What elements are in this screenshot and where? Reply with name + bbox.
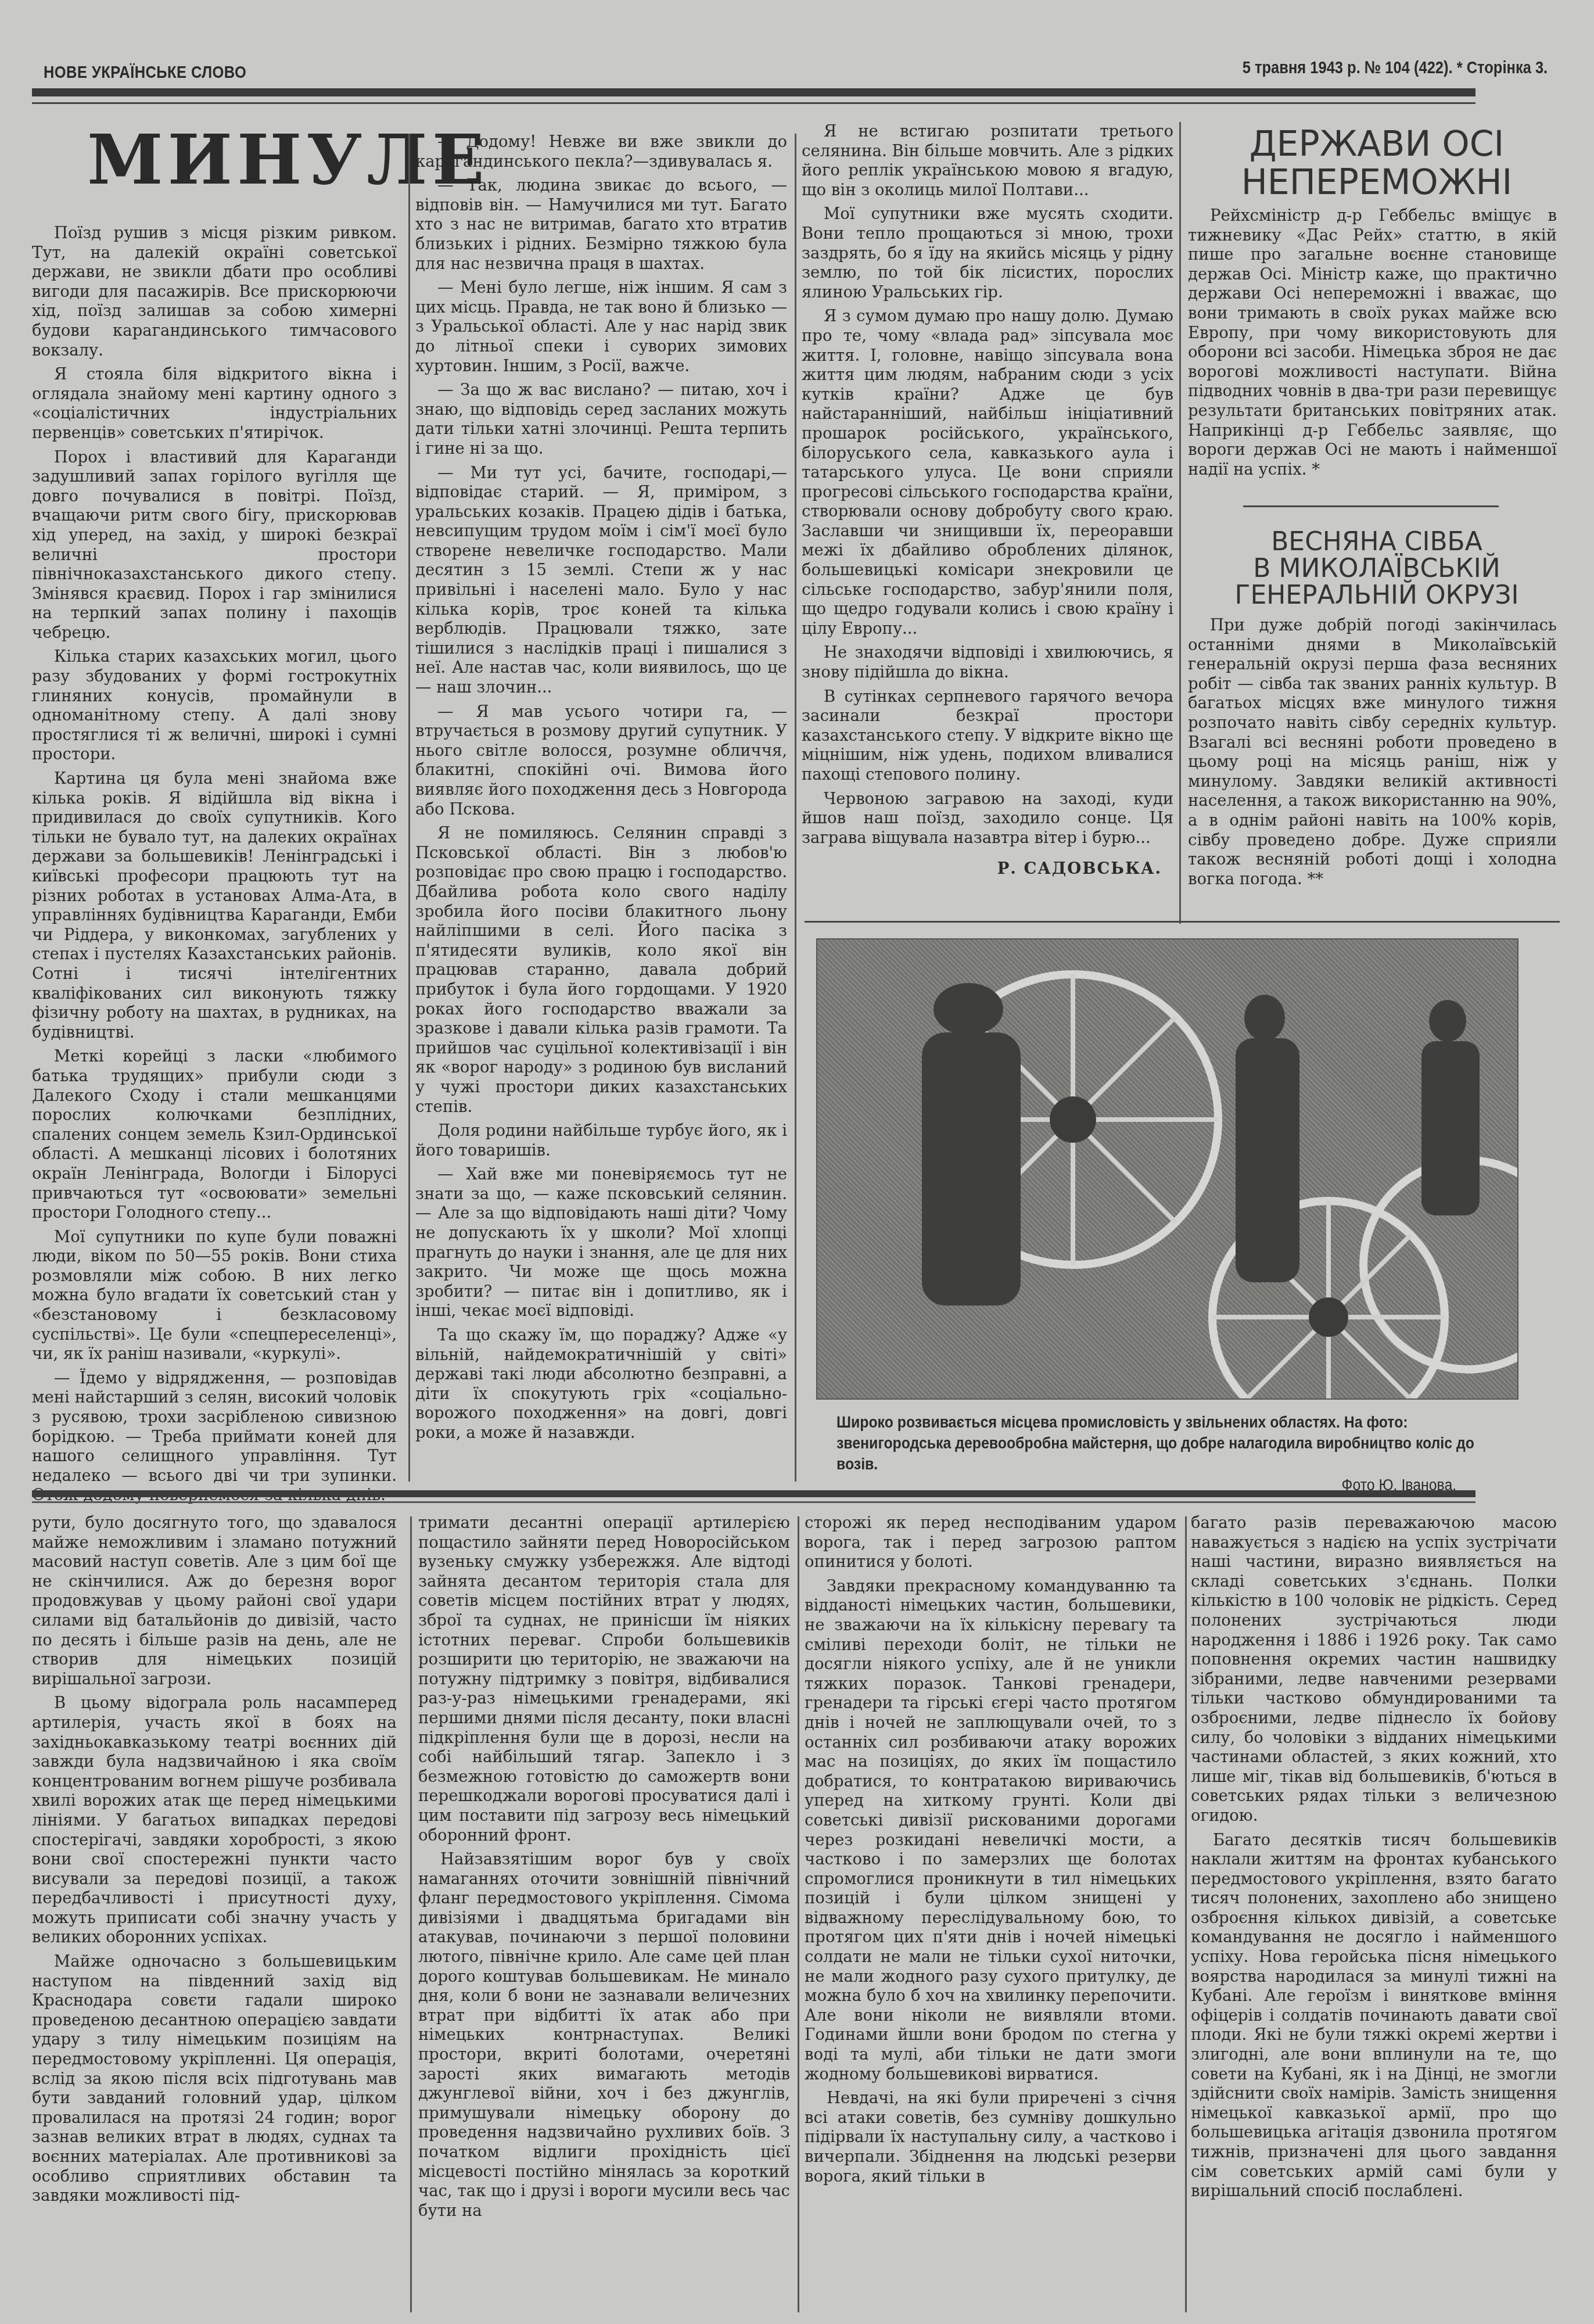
column-divider	[1179, 122, 1181, 924]
paragraph: — Мені було легше, ніж іншим. Я сам з ци…	[415, 278, 787, 376]
photo-top-rule	[805, 921, 1560, 923]
article-front-col4: багато разів переважаючою масою наважуєт…	[1191, 1514, 1557, 2206]
article-axis-body: Рейхсміністр д-р Геббельс вміщує в тижне…	[1188, 206, 1557, 484]
paragraph: Рейхсміністр д-р Геббельс вміщує в тижне…	[1188, 206, 1557, 479]
article-minule-col3: Я не встигаю розпитати третього селянина…	[802, 122, 1173, 879]
date-issue-page: 5 травня 1943 р. № 104 (422). * Сторінка…	[1243, 58, 1548, 78]
paragraph: — Додому! Невже ви вже звикли до караган…	[415, 132, 787, 171]
paragraph: Мої супутники по купе були поважні люди,…	[32, 1228, 397, 1364]
paragraph: Червоною загравою на заході, куди йшов н…	[802, 790, 1173, 848]
paragraph: Невдачі, на які були приречені з січня в…	[805, 2089, 1176, 2186]
paragraph: — Я мав усього чотири га, — втручається …	[415, 702, 787, 820]
paragraph: рути, було досягнуто того, що здавалося …	[32, 1514, 397, 1689]
paragraph: Я не встигаю розпитати третього селянина…	[802, 122, 1173, 200]
paragraph: Доля родини найбільше турбує його, як і …	[415, 1121, 787, 1160]
paragraph: Багато десятків тисяч большевиків наклал…	[1191, 1831, 1557, 2201]
masthead-rule-thin	[32, 102, 1475, 104]
paragraph: Порох і властивий для Караганди задушлив…	[32, 448, 397, 643]
photo-wheel-workshop	[816, 938, 1518, 1400]
title-line: ГЕНЕРАЛЬНІЙ ОКРУЗІ	[1197, 582, 1557, 609]
masthead-rule	[32, 88, 1475, 96]
paragraph: Картина ця була мені знайома вже кілька …	[32, 769, 397, 1042]
paragraph: Я стояла біля відкритого вікна і оглядал…	[32, 365, 397, 443]
paragraph: При дуже добрій погоді закінчилась остан…	[1188, 616, 1557, 889]
column-divider	[408, 134, 410, 1482]
section-separator-thin	[32, 1501, 1475, 1503]
section-separator	[32, 1490, 1475, 1497]
paragraph: — Хай вже ми поневіряємось тут не знати …	[415, 1165, 787, 1321]
paragraph: сторожі як перед несподіваним ударом вор…	[805, 1514, 1176, 1572]
title-line: НЕПЕРЕМОЖНІ	[1214, 163, 1539, 202]
section-divider	[1243, 505, 1499, 507]
paragraph: — Так, людина звикає до всього, — відпов…	[415, 176, 787, 274]
caption-text: Широко розвивається місцева промисловіст…	[837, 1414, 1474, 1473]
column-divider	[795, 134, 796, 1482]
title-line: ДЕРЖАВИ ОСІ	[1214, 125, 1539, 163]
paragraph: Меткі корейці з ласки «любимого батька т…	[32, 1047, 397, 1222]
column-divider	[410, 1516, 412, 2312]
paragraph: Я з сумом думаю про нашу долю. Думаю про…	[802, 307, 1173, 639]
paragraph: Майже одночасно з большевицьким наступом…	[32, 1952, 397, 2206]
paragraph: Поїзд рушив з місця різким ривком. Тут, …	[32, 224, 397, 360]
paragraph: Завдяки прекрасному командуванню та відд…	[805, 1577, 1176, 2084]
title-line: ВЕСНЯНА СІВБА	[1197, 529, 1557, 555]
article-title-axis: ДЕРЖАВИ ОСІ НЕПЕРЕМОЖНІ	[1214, 125, 1539, 202]
article-front-col1: рути, було досягнуто того, що здавалося …	[32, 1514, 397, 2211]
wheel-workshop-image	[817, 939, 1517, 1398]
paragraph: Мої супутники вже мусять сходити. Вони т…	[802, 205, 1173, 302]
paragraph: — Ми тут усі, бачите, господарі,—відпові…	[415, 464, 787, 698]
paragraph: Я не помиляюсь. Селянин справді з Псковс…	[415, 824, 787, 1117]
paragraph: багато разів переважаючою масою наважуєт…	[1191, 1514, 1557, 1826]
article-front-col2: тримати десантні операції артилерією пощ…	[418, 1514, 790, 2225]
paragraph: — Їдемо у відрядження, — розповідав мені…	[32, 1369, 397, 1505]
paragraph: Не знаходячи відповіді і хвилюючись, я з…	[802, 643, 1173, 682]
article-title-sowing: ВЕСНЯНА СІВБА В МИКОЛАЇВСЬКІЙ ГЕНЕРАЛЬНІ…	[1197, 529, 1557, 609]
newspaper-name: НОВЕ УКРАЇНСЬКЕ СЛОВО	[44, 63, 246, 83]
article-front-col3: сторожі як перед несподіваним ударом вор…	[805, 1514, 1176, 2191]
paragraph: Кілька старих казахських могил, цього ра…	[32, 647, 397, 765]
article-minule-col2: — Додому! Невже ви вже звикли до караган…	[415, 132, 787, 1448]
title-line: В МИКОЛАЇВСЬКІЙ	[1197, 555, 1557, 582]
paragraph: Та що скажу їм, що пораджу? Адже «у віль…	[415, 1326, 787, 1443]
paragraph: — За що ж вас вислано? — питаю, хоч і зн…	[415, 381, 787, 458]
photo-caption: Широко розвивається місцева промисловіст…	[837, 1412, 1478, 1495]
paragraph: тримати десантні операції артилерією пощ…	[418, 1514, 790, 1845]
author-signature: Р. САДОВСЬКА.	[802, 859, 1173, 879]
column-divider	[1185, 1516, 1187, 2312]
paragraph: Найзавзятішим ворог був у своїх намаганн…	[418, 1850, 790, 2221]
article-minule-col1: Поїзд рушив з місця різким ривком. Тут, …	[32, 224, 397, 1510]
column-divider	[798, 1516, 799, 2312]
article-sowing-body: При дуже добрій погоді закінчилась остан…	[1188, 616, 1557, 894]
paragraph: В сутінках серпневого гарячого вечора за…	[802, 687, 1173, 785]
paragraph: В цьому відограла роль насамперед артиле…	[32, 1694, 397, 1948]
